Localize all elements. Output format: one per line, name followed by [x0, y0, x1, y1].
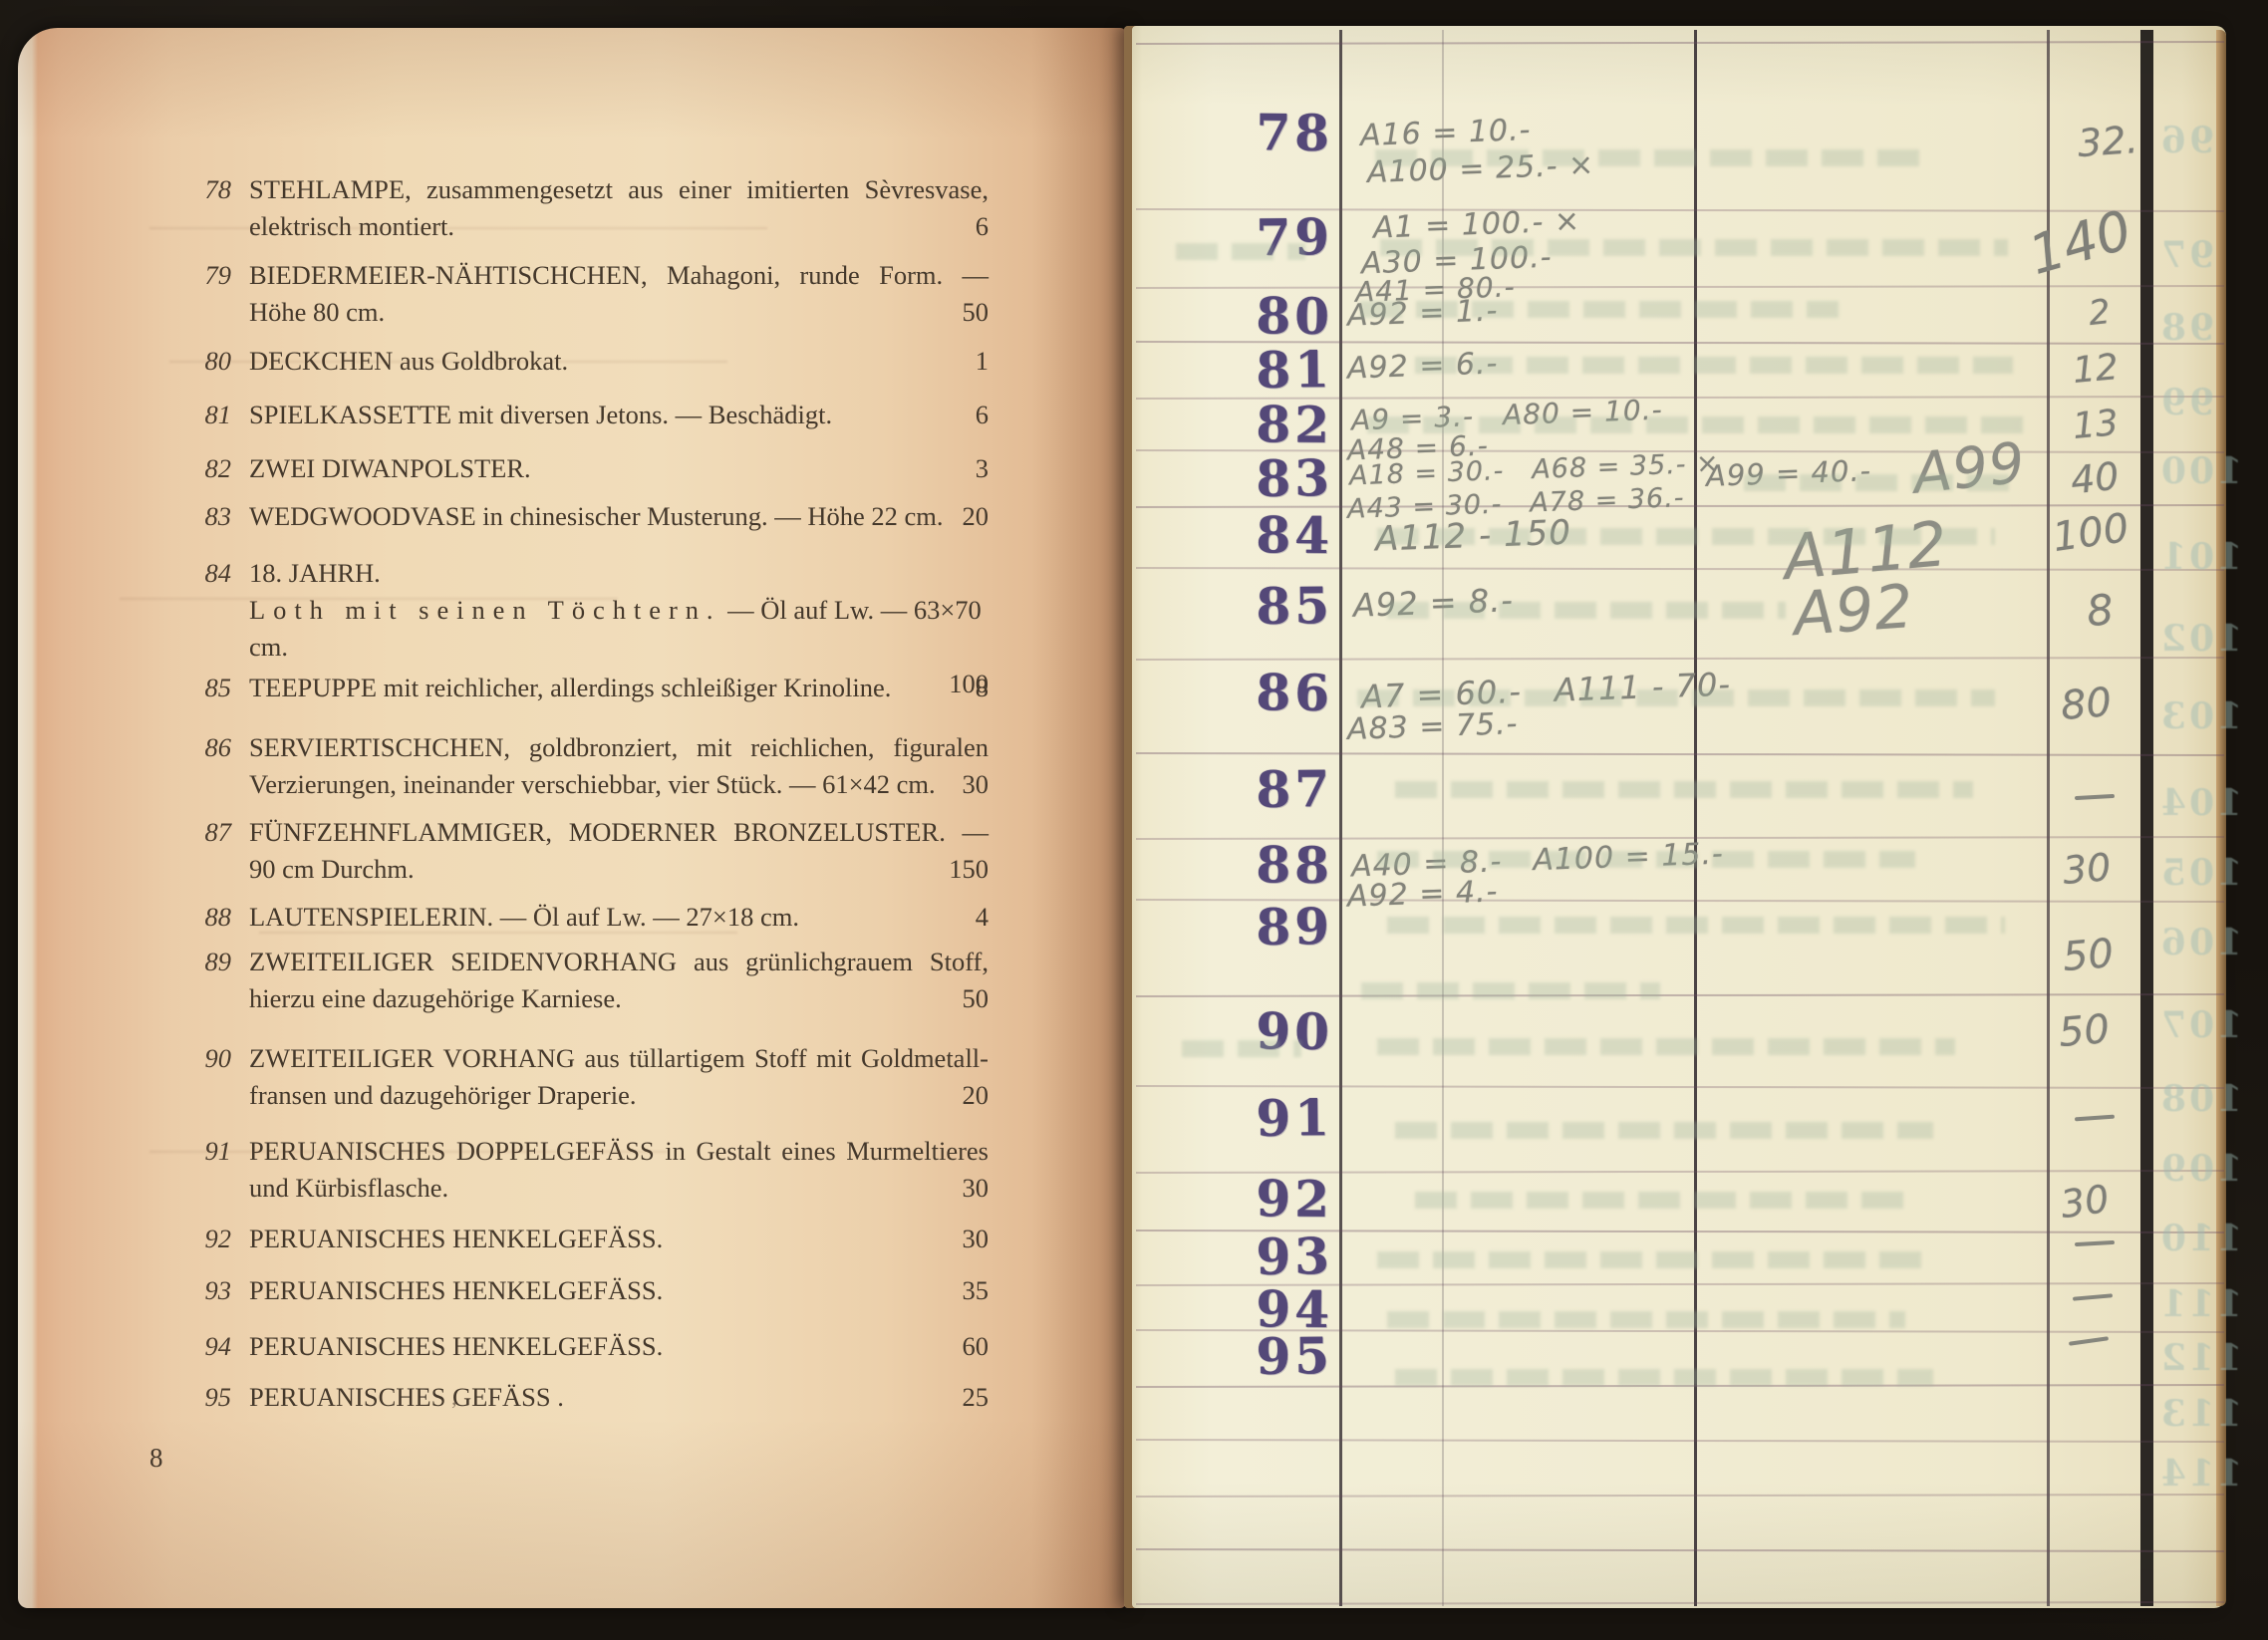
catalog-entry: 78STEHLAMPE, zusammengesetzt aus einer i… — [249, 171, 989, 245]
row-number-stamp: 93 — [1146, 1231, 1334, 1283]
bleed-through-text — [1367, 416, 2025, 433]
item-number: 82 — [149, 450, 231, 487]
bleed-through-row-number: 102 — [2158, 618, 2242, 660]
bleed-through-row-number: 104 — [2158, 782, 2242, 824]
item-number: 79 — [149, 257, 231, 294]
catalog-entry: 9230PERUANISCHES HENKELGEFÄSS. — [249, 1221, 989, 1257]
total-value: 50 — [2057, 1006, 2112, 1056]
total-value: 13 — [2071, 403, 2120, 447]
bleed-through-text — [1176, 243, 1305, 260]
row-number-stamp: 87 — [1146, 764, 1334, 816]
item-number: 86 — [149, 729, 231, 766]
item-number: 95 — [149, 1379, 231, 1416]
row-number-stamp: 81 — [1146, 345, 1334, 397]
bleed-through-text — [1380, 239, 2008, 256]
total-value: 40 — [2069, 454, 2122, 503]
bleed-through-text — [1395, 1369, 1933, 1386]
entry-line: 15090 cm Durchm. — [249, 851, 989, 888]
pencil-note: A16 = 10.- — [1359, 113, 1532, 153]
item-number: 90 — [149, 1040, 231, 1077]
catalog-entry: 823ZWEI DIWANPOLSTER. — [249, 450, 989, 487]
bleed-through-text — [1361, 982, 1660, 999]
row-number-stamp: 85 — [1146, 581, 1334, 633]
bleed-through-text — [1182, 1040, 1301, 1057]
catalog-entry: 9335PERUANISCHES HENKELGEFÄSS. — [249, 1272, 989, 1309]
paper-streak — [259, 932, 737, 934]
entry-line: ZWEITEILIGER SEIDENVORHANG aus grünlichg… — [249, 944, 989, 980]
total-value: 2 — [2087, 292, 2113, 334]
entry-line: BIEDERMEIER-NÄHTISCHCHEN, Mahagoni, rund… — [249, 257, 989, 294]
bleed-through-row-number: 109 — [2158, 1148, 2242, 1190]
price-value: 35 — [963, 1272, 990, 1309]
price-value: 60 — [963, 1328, 990, 1365]
pencil-note: A92 = 4.- — [1346, 874, 1498, 914]
catalog-entry: 91PERUANISCHES DOPPELGEFÄSS in Gestalt e… — [249, 1133, 989, 1207]
bleed-through-text — [1415, 357, 2013, 374]
pencil-note: A83 = 75.- — [1346, 706, 1519, 747]
entry-line: 50Höhe 80 cm. — [249, 294, 989, 331]
entry-line: STEHLAMPE, zusammengesetzt aus einer imi… — [249, 171, 989, 208]
gutter-shadow — [1031, 28, 1126, 1608]
row-number-stamp: 83 — [1146, 453, 1334, 505]
pencil-lot-annotation: A99 — [1910, 430, 2029, 506]
paper-streak — [120, 598, 618, 600]
bleed-through-text — [1744, 474, 2023, 491]
catalog-entry: 9525PERUANISCHES GEFÄSS . — [249, 1379, 989, 1416]
price-value: 30 — [963, 1170, 990, 1207]
bleed-through-row-number: 108 — [2158, 1078, 2242, 1120]
page-number: 8 — [149, 1443, 163, 1474]
row-number-stamp: 91 — [1146, 1093, 1334, 1145]
bleed-through-text — [1360, 301, 1839, 318]
total-value: 12 — [2071, 347, 2120, 392]
total-value: 50 — [2061, 931, 2116, 980]
entry-line: 4LAUTENSPIELERIN. — Öl auf Lw. — 27×18 c… — [249, 899, 989, 936]
paper-streak — [169, 361, 727, 363]
paper-streak — [149, 1151, 668, 1153]
bleed-through-text — [1387, 917, 2005, 934]
catalog-entry: 884LAUTENSPIELERIN. — Öl auf Lw. — 27×18… — [249, 899, 989, 936]
bleed-through-row-number: 100 — [2158, 450, 2242, 492]
entry-line: 30PERUANISCHES HENKELGEFÄSS. — [249, 1221, 989, 1257]
item-number: 87 — [149, 814, 231, 851]
row-number-stamp: 89 — [1146, 902, 1334, 954]
item-number: 83 — [149, 498, 231, 535]
entry-line: 6SPIELKASSETTE mit diversen Jetons. — Be… — [249, 397, 989, 433]
price-value: 6 — [976, 208, 989, 245]
catalog-entry: 90ZWEITEILIGER VORHANG aus tüllartigem S… — [249, 1040, 989, 1114]
total-value: 8 — [2085, 585, 2117, 637]
paper-streak — [149, 227, 767, 229]
catalog-entry: 86SERVIERTISCHCHEN, goldbronziert, mit r… — [249, 729, 989, 803]
total-value: 80 — [2059, 680, 2114, 729]
entry-line: 30Verzierungen, ineinander verschiebbar,… — [249, 766, 989, 803]
bleed-through-row-number: 114 — [2158, 1453, 2242, 1495]
price-value: 25 — [963, 1379, 990, 1416]
price-value: 20 — [963, 1077, 990, 1114]
price-value: 8 — [976, 670, 989, 706]
bleed-through-row-number: 101 — [2158, 536, 2242, 578]
item-number: 84 — [149, 555, 231, 592]
entry-line: 20WEDGWOODVASE in chinesischer Musterung… — [249, 498, 989, 535]
row-number-stamp: 95 — [1146, 1331, 1334, 1383]
ledger-vline-1 — [1339, 30, 1342, 1606]
catalog-entry: 9460PERUANISCHES HENKELGEFÄSS. — [249, 1328, 989, 1365]
catalog-entry: 8320WEDGWOODVASE in chinesischer Musteru… — [249, 498, 989, 535]
price-value: 6 — [976, 397, 989, 433]
item-number: 78 — [149, 171, 231, 208]
price-value: 30 — [963, 766, 990, 803]
bleed-through-row-number: 103 — [2158, 695, 2242, 737]
bleed-through-text — [1395, 1122, 1933, 1139]
scanned-book-spread: 78STEHLAMPE, zusammengesetzt aus einer i… — [0, 0, 2268, 1640]
entry-line: 60PERUANISCHES HENKELGEFÄSS. — [249, 1328, 989, 1365]
bleed-through-row-number: 111 — [2158, 1283, 2242, 1325]
item-number: 93 — [149, 1272, 231, 1309]
catalog-entry: 89ZWEITEILIGER SEIDENVORHANG aus grünlic… — [249, 944, 989, 1017]
bleed-through-row-number: 106 — [2158, 922, 2242, 963]
row-number-stamp: 82 — [1146, 399, 1334, 450]
entry-line: 8TEEPUPPE mit reichlicher, allerdings sc… — [249, 670, 989, 706]
row-number-stamp: 80 — [1146, 290, 1334, 342]
item-number: 81 — [149, 397, 231, 433]
ink-speck: ’ — [450, 1397, 457, 1423]
item-number: 89 — [149, 944, 231, 980]
bleed-through-row-number: 113 — [2158, 1393, 2242, 1435]
item-number: 94 — [149, 1328, 231, 1365]
entry-line: 25PERUANISCHES GEFÄSS . — [249, 1379, 989, 1416]
entry-line: ZWEITEILIGER VORHANG aus tüllartigem Sto… — [249, 1040, 989, 1077]
entry-line: 3ZWEI DIWANPOLSTER. — [249, 450, 989, 487]
bleed-through-text — [1377, 1038, 1955, 1055]
total-value: 30 — [2061, 845, 2113, 893]
row-number-stamp: 92 — [1146, 1173, 1334, 1225]
price-value: 1 — [976, 343, 989, 380]
catalog-entry: 79BIEDERMEIER-NÄHTISCHCHEN, Mahagoni, ru… — [249, 257, 989, 331]
entry-line: 35PERUANISCHES HENKELGEFÄSS. — [249, 1272, 989, 1309]
bleed-through-row-number: 107 — [2158, 1004, 2242, 1046]
price-value: 50 — [963, 980, 990, 1017]
catalog-entry: 858TEEPUPPE mit reichlicher, allerdings … — [249, 670, 989, 706]
bleed-through-text — [1357, 689, 1995, 706]
bleed-through-text — [1415, 1192, 1913, 1209]
bleed-through-text — [1387, 602, 1786, 619]
total-value: 32. — [2077, 118, 2139, 165]
price-value: 4 — [976, 899, 989, 936]
entry-line: Loth mit seinen Töchtern. — Öl auf Lw. —… — [249, 592, 989, 666]
entry-line: 30und Kürbisflasche. — [249, 1170, 989, 1207]
total-value: 30 — [2058, 1177, 2112, 1227]
bleed-through-row-number: 112 — [2158, 1337, 2242, 1379]
pencil-lot-annotation: A92 — [1792, 572, 1916, 650]
entry-line: 50hierzu eine dazugehörige Karniese. — [249, 980, 989, 1017]
catalog-entry: 816SPIELKASSETTE mit diversen Jetons. — … — [249, 397, 989, 433]
bleed-through-row-number: 97 — [2158, 234, 2214, 276]
bleed-through-text — [1375, 149, 1933, 166]
price-value: 50 — [963, 294, 990, 331]
bleed-through-row-number: 99 — [2158, 382, 2214, 423]
item-number: 92 — [149, 1221, 231, 1257]
row-number-stamp: 86 — [1146, 667, 1334, 718]
bleed-through-text — [1387, 1311, 1905, 1328]
ledger-vline-heavy — [2140, 30, 2153, 1606]
price-value: 150 — [949, 851, 989, 888]
bleed-through-text — [1377, 851, 1915, 868]
bleed-through-row-number: 96 — [2158, 120, 2214, 161]
entry-line: 20fransen und dazugehöriger Draperie. — [249, 1077, 989, 1114]
row-number-stamp: 84 — [1146, 509, 1334, 561]
bleed-through-text — [1377, 1251, 1935, 1268]
bleed-through-text — [1377, 528, 1995, 545]
bleed-through-row-number: 105 — [2158, 852, 2242, 894]
row-number-stamp: 88 — [1146, 839, 1334, 891]
bleed-through-row-number: 98 — [2158, 307, 2214, 349]
item-number: 88 — [149, 899, 231, 936]
entry-line: 18. JAHRH. — [249, 555, 989, 592]
price-value: 3 — [976, 450, 989, 487]
bleed-through-row-number: 110 — [2158, 1218, 2242, 1259]
price-value: 20 — [963, 498, 990, 535]
entry-line: SERVIERTISCHCHEN, goldbronziert, mit rei… — [249, 729, 989, 766]
row-number-stamp: 78 — [1146, 107, 1334, 158]
catalog-entry: 87FÜNFZEHNFLAMMIGER, MODERNER BRONZELUST… — [249, 814, 989, 888]
bleed-through-text — [1395, 781, 1973, 798]
item-number: 85 — [149, 670, 231, 706]
entry-line: FÜNFZEHNFLAMMIGER, MODERNER BRONZELUSTER… — [249, 814, 989, 851]
price-value: 30 — [963, 1221, 990, 1257]
